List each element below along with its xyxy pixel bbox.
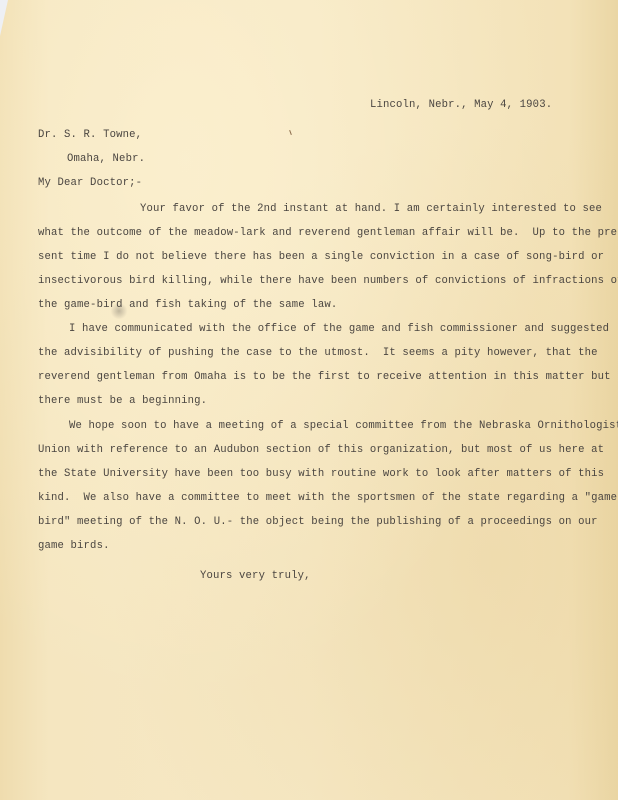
body-line: I have communicated with the office of t…: [69, 323, 609, 335]
body-line: bird" meeting of the N. O. U.- the objec…: [38, 516, 598, 528]
body-line: what the outcome of the meadow-lark and …: [38, 227, 618, 239]
body-line: game birds.: [38, 540, 110, 552]
body-line: kind. We also have a committee to meet w…: [38, 492, 618, 504]
body-line: Union with reference to an Audubon secti…: [38, 444, 604, 456]
recipient-location: Omaha, Nebr.: [67, 153, 145, 165]
body-line: the game-bird and fish taking of the sam…: [38, 299, 337, 311]
dateline: Lincoln, Nebr., May 4, 1903.: [370, 99, 552, 111]
body-line: insectivorous bird killing, while there …: [38, 275, 618, 287]
body-line: the advisibility of pushing the case to …: [38, 347, 598, 359]
salutation: My Dear Doctor;-: [38, 177, 142, 189]
body-line: the State University have been too busy …: [38, 468, 604, 480]
scan-corner: [0, 0, 8, 36]
body-line: sent time I do not believe there has bee…: [38, 251, 604, 263]
body-line: Your favor of the 2nd instant at hand. I…: [140, 203, 602, 215]
closing: Yours very truly,: [200, 570, 311, 582]
body-line: We hope soon to have a meeting of a spec…: [69, 420, 618, 432]
body-line: there must be a beginning.: [38, 395, 207, 407]
body-line: reverend gentleman from Omaha is to be t…: [38, 371, 611, 383]
recipient-name: Dr. S. R. Towne,: [38, 129, 142, 141]
